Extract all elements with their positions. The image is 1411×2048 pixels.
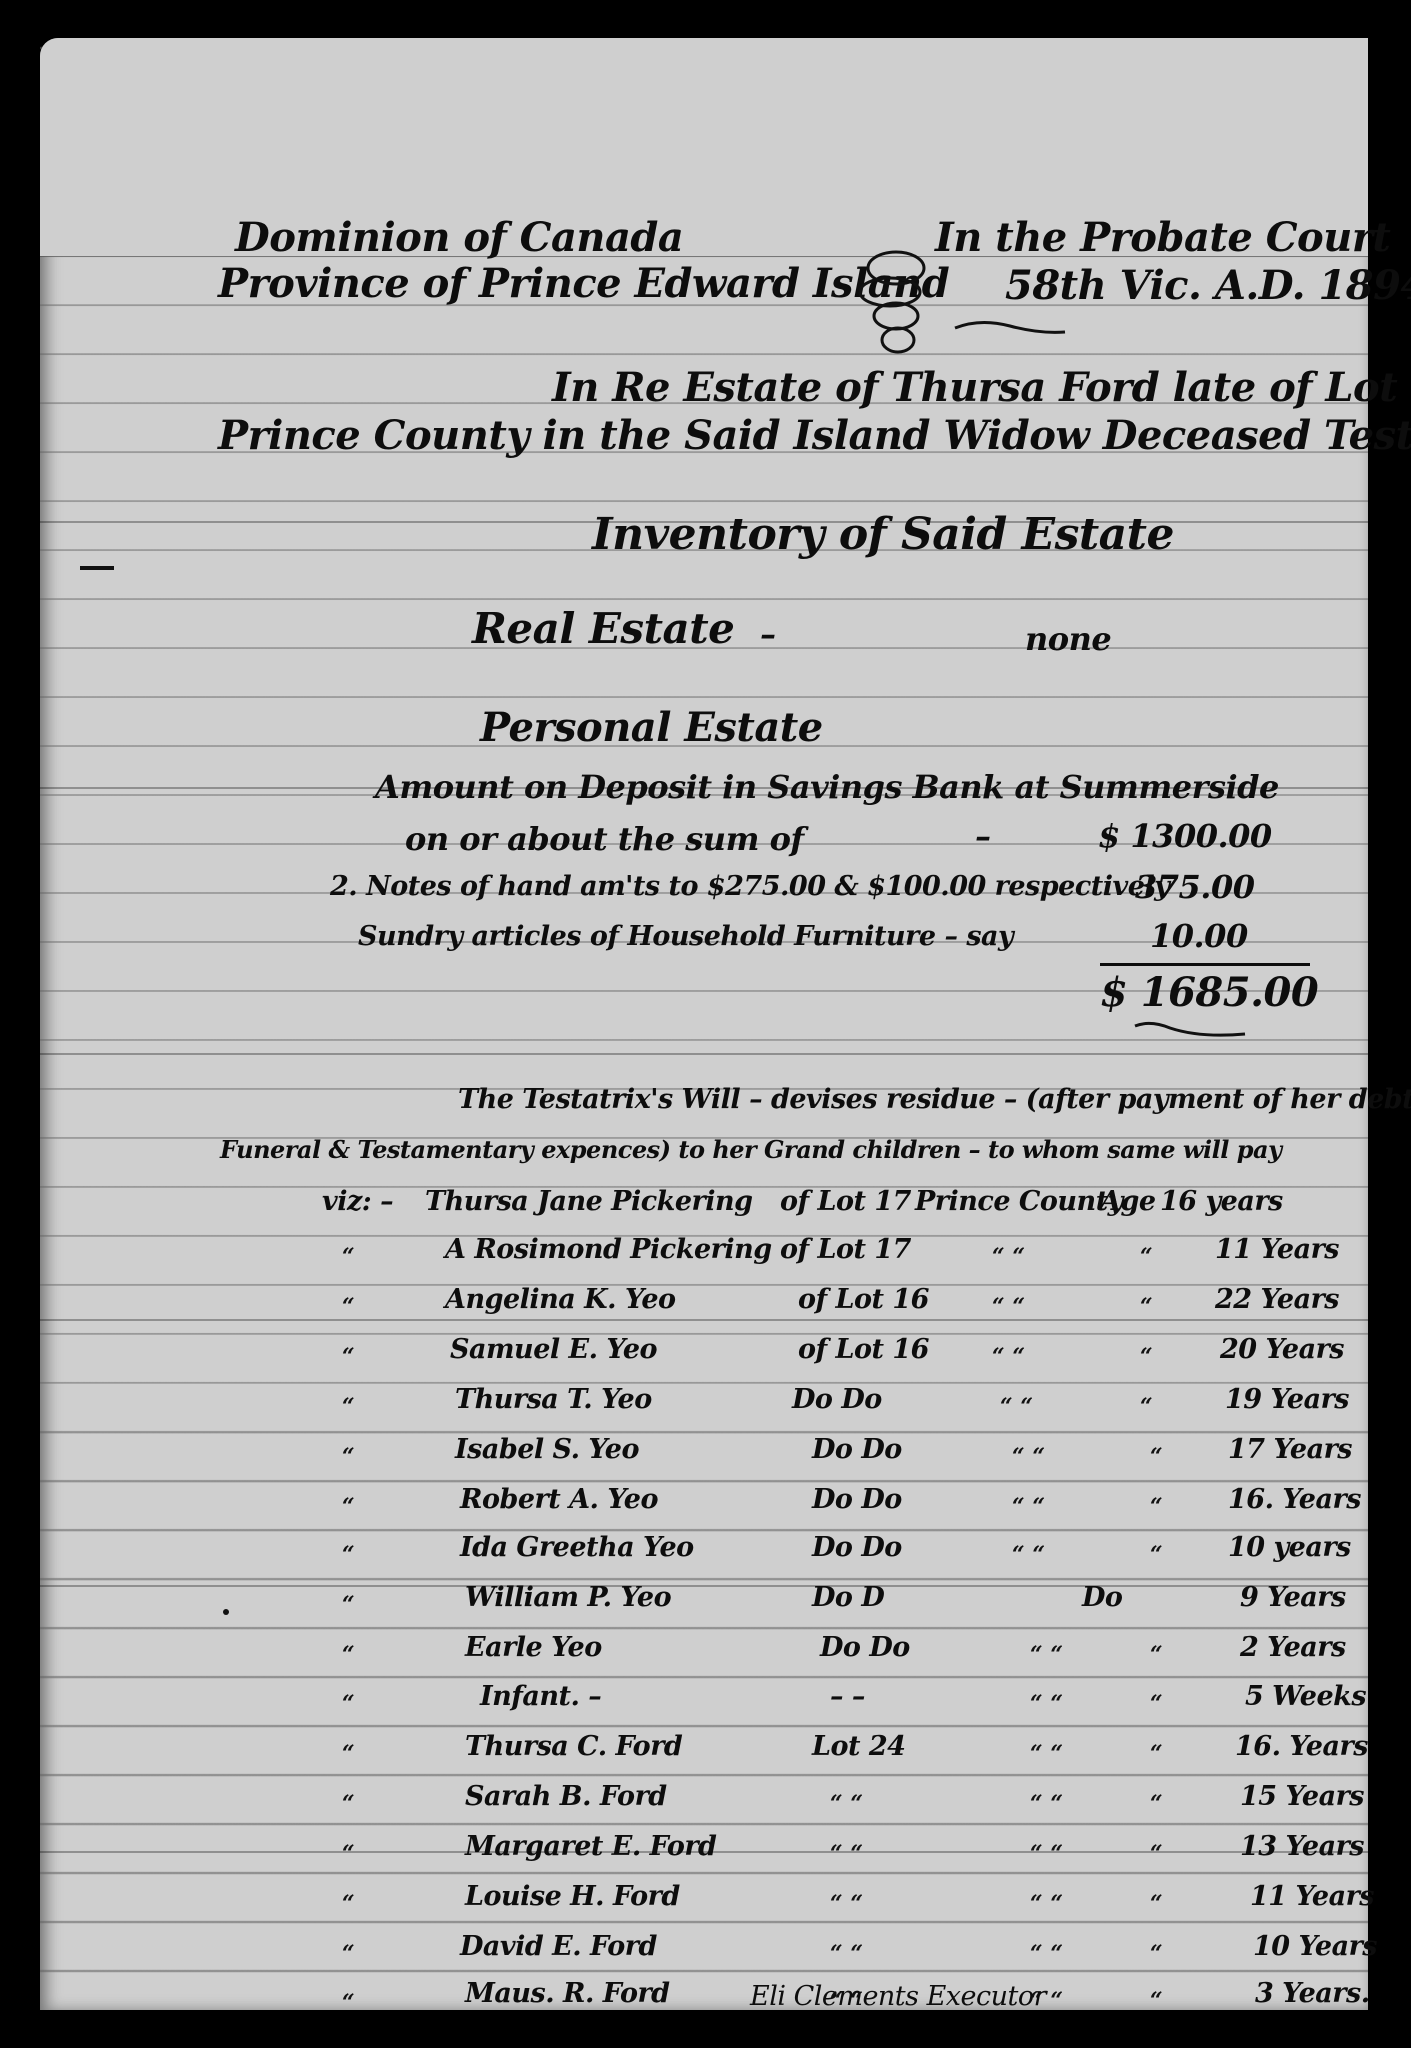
beneficiary-lot: Do Do <box>812 1486 902 1513</box>
beneficiary-row: “ Earle Yeo Do Do “ “ “ 2 Years <box>40 1632 1368 1680</box>
beneficiary-lot: Do Do <box>812 1436 902 1463</box>
ditto-mark: “ <box>342 1841 355 1867</box>
beneficiary-name: William P. Yeo <box>465 1584 671 1611</box>
beneficiary-lot: of Lot 16 <box>798 1286 929 1313</box>
beneficiary-lot: “ “ <box>830 1791 863 1817</box>
estate-title-line1: In Re Estate of Thursa Ford late of Lot … <box>552 368 1411 408</box>
beneficiary-county: “ “ <box>1030 1841 1063 1867</box>
beneficiary-row: “ Infant. – – – “ “ “ 5 Weeks <box>40 1681 1368 1729</box>
beneficiary-name: Maus. R. Ford <box>465 1980 670 2007</box>
total-underline-flourish-icon <box>1130 1020 1250 1042</box>
beneficiary-age-label: “ <box>1150 1941 1163 1967</box>
inventory-heading: Inventory of Said Estate <box>592 513 1174 557</box>
beneficiary-name: Earle Yeo <box>465 1634 602 1661</box>
beneficiary-age: 16 years <box>1160 1188 1283 1215</box>
beneficiary-age: 15 Years <box>1240 1783 1364 1810</box>
beneficiary-lot: – – <box>830 1683 865 1710</box>
beneficiary-age-label: “ <box>1150 1988 1163 2014</box>
beneficiary-county: “ “ <box>1030 1642 1063 1668</box>
beneficiary-lot: Do D <box>812 1584 884 1611</box>
beneficiary-age: 2 Years <box>1240 1634 1346 1661</box>
beneficiary-age: 20 Years <box>1220 1336 1344 1363</box>
will-text-line2: Funeral & Testamentary expences) to her … <box>220 1138 1282 1162</box>
underline-flourish-icon <box>950 318 1070 338</box>
beneficiary-row: “ Louise H. Ford “ “ “ “ “ 11 Years <box>40 1881 1368 1929</box>
beneficiary-name: Angelina K. Yeo <box>445 1286 676 1313</box>
beneficiary-row: “ Sarah B. Ford “ “ “ “ “ 15 Years <box>40 1781 1368 1829</box>
beneficiary-name: Thursa T. Yeo <box>455 1386 652 1413</box>
ditto-mark: “ <box>342 1244 355 1270</box>
beneficiary-age-label: “ <box>1140 1294 1153 1320</box>
beneficiary-age: 16. Years <box>1228 1486 1361 1513</box>
beneficiary-age-label: “ <box>1150 1891 1163 1917</box>
beneficiary-county: “ “ <box>1030 1691 1063 1717</box>
beneficiary-age: 3 Years. <box>1255 1980 1370 2007</box>
real-estate-dash: – <box>760 618 776 650</box>
ditto-mark: “ <box>342 1294 355 1320</box>
beneficiary-name: Louise H. Ford <box>465 1883 680 1910</box>
ditto-mark: “ <box>342 1592 355 1618</box>
notes-line: 2. Notes of hand am'ts to $275.00 & $100… <box>330 873 1169 900</box>
header-dominion: Dominion of Canada <box>235 218 683 258</box>
beneficiary-lot: Do Do <box>820 1634 910 1661</box>
beneficiary-age-label: “ <box>1150 1444 1163 1470</box>
beneficiary-lot: Lot 24 <box>812 1733 905 1760</box>
ditto-mark: “ <box>342 1542 355 1568</box>
will-text-line1: The Testatrix's Will – devises residue –… <box>458 1086 1411 1113</box>
beneficiary-name: Sarah B. Ford <box>465 1783 667 1810</box>
beneficiary-age-label: “ <box>1150 1542 1163 1568</box>
beneficiary-row: “ Thursa C. Ford Lot 24 “ “ “ 16. Years <box>40 1731 1368 1779</box>
beneficiary-name: David E. Ford <box>460 1933 657 1960</box>
header-date: 58th Vic. A.D. 1894 <box>1005 266 1411 306</box>
beneficiary-name: Ida Greetha Yeo <box>460 1534 694 1561</box>
estate-title-line2: Prince County in the Said Island Widow D… <box>218 416 1411 456</box>
beneficiary-age-label: “ <box>1150 1841 1163 1867</box>
beneficiary-row: “ Angelina K. Yeo of Lot 16 “ “ “ 22 Yea… <box>40 1284 1368 1332</box>
deposit-line2: on or about the sum of <box>405 823 804 855</box>
beneficiary-county: “ “ <box>992 1244 1025 1270</box>
beneficiary-name: Margaret E. Ford <box>465 1833 716 1860</box>
ditto-mark: “ <box>342 1344 355 1370</box>
beneficiary-age: 19 Years <box>1225 1386 1349 1413</box>
beneficiary-lot: “ “ <box>830 1941 863 1967</box>
beneficiary-age-label: “ <box>1150 1642 1163 1668</box>
executor-signature: Eli Clements Executor <box>750 1983 1046 2010</box>
beneficiary-county: “ “ <box>1012 1542 1045 1568</box>
ditto-mark: “ <box>342 1891 355 1917</box>
beneficiary-age: 17 Years <box>1228 1436 1352 1463</box>
beneficiary-lot: Do Do <box>812 1534 902 1561</box>
beneficiary-lot: “ “ <box>830 1841 863 1867</box>
beneficiary-name: A Rosimond Pickering <box>445 1236 772 1263</box>
ink-dot <box>223 1609 229 1615</box>
scroll-brace-icon <box>858 250 928 356</box>
beneficiary-name: Isabel S. Yeo <box>455 1436 639 1463</box>
beneficiary-row: “ Thursa T. Yeo Do Do “ “ “ 19 Years <box>40 1384 1368 1432</box>
beneficiary-county: “ “ <box>1012 1444 1045 1470</box>
document-page: Dominion of Canada Province of Prince Ed… <box>40 38 1368 2010</box>
beneficiary-lot: “ “ <box>830 1891 863 1917</box>
beneficiary-age-label: “ <box>1150 1741 1163 1767</box>
beneficiary-row: “ Margaret E. Ford “ “ “ “ “ 13 Years <box>40 1831 1368 1879</box>
beneficiary-name: Thursa Jane Pickering <box>425 1188 753 1215</box>
ditto-mark: “ <box>342 1444 355 1470</box>
beneficiary-county: “ “ <box>1012 1494 1045 1520</box>
real-estate-label: Real Estate <box>472 608 734 650</box>
beneficiary-county: “ “ <box>1030 1791 1063 1817</box>
beneficiary-age-label: “ <box>1140 1244 1153 1270</box>
beneficiary-row: “ Robert A. Yeo Do Do “ “ “ 16. Years <box>40 1484 1368 1532</box>
personal-estate-label: Personal Estate <box>480 708 823 748</box>
beneficiary-row: “ William P. Yeo Do D Do 9 Years <box>40 1582 1368 1630</box>
beneficiary-age-label: “ <box>1150 1791 1163 1817</box>
beneficiary-county: “ “ <box>1030 1741 1063 1767</box>
beneficiary-age-label: “ <box>1150 1494 1163 1520</box>
beneficiary-lot: Do Do <box>792 1386 882 1413</box>
beneficiary-lot: of Lot 16 <box>798 1336 929 1363</box>
beneficiary-name: Robert A. Yeo <box>460 1486 658 1513</box>
header-province: Province of Prince Edward Island <box>218 264 949 304</box>
beneficiary-age: 16. Years <box>1235 1733 1368 1760</box>
ditto-mark: “ <box>342 1691 355 1717</box>
beneficiary-name: Samuel E. Yeo <box>450 1336 657 1363</box>
beneficiary-age-label: “ <box>1140 1344 1153 1370</box>
beneficiary-age-label: “ <box>1140 1394 1153 1420</box>
beneficiary-name: Thursa C. Ford <box>465 1733 682 1760</box>
total-rule <box>1100 963 1310 966</box>
deposit-line1: Amount on Deposit in Savings Bank at Sum… <box>375 771 1279 803</box>
furniture-amount: 10.00 <box>1150 920 1248 952</box>
beneficiary-row: “ Isabel S. Yeo Do Do “ “ “ 17 Years <box>40 1434 1368 1482</box>
beneficiary-lot: of Lot 17 <box>780 1188 911 1215</box>
ditto-mark: “ <box>342 1791 355 1817</box>
beneficiary-county: “ “ <box>1030 1941 1063 1967</box>
beneficiary-age-label: “ <box>1150 1691 1163 1717</box>
ditto-mark: “ <box>342 1642 355 1668</box>
notes-amount: 375.00 <box>1135 871 1254 903</box>
header-court: In the Probate Court <box>935 218 1390 258</box>
beneficiary-row: “ Ida Greetha Yeo Do Do “ “ “ 10 years <box>40 1532 1368 1580</box>
beneficiary-age: 22 Years <box>1215 1286 1339 1313</box>
beneficiary-age: 11 Years <box>1215 1236 1339 1263</box>
beneficiary-age: 10 years <box>1228 1534 1351 1561</box>
beneficiary-age: 5 Weeks <box>1245 1683 1366 1710</box>
beneficiary-age: 10 Years <box>1253 1933 1377 1960</box>
beneficiary-county: Prince County <box>915 1188 1123 1215</box>
ditto-mark: “ <box>342 1741 355 1767</box>
beneficiary-row: “ Maus. R. Ford “ “ “ “ “ 3 Years. <box>40 1980 1368 2028</box>
beneficiary-age: 13 Years <box>1240 1833 1364 1860</box>
ditto-mark: “ <box>342 1941 355 1967</box>
beneficiary-lot: of Lot 17 <box>780 1236 911 1263</box>
beneficiary-county: Do <box>1082 1584 1122 1611</box>
deposit-dash: – <box>975 820 991 852</box>
beneficiary-row: Thursa Jane Pickering of Lot 17 Prince C… <box>40 1186 1368 1234</box>
furniture-line: Sundry articles of Household Furniture –… <box>358 923 1013 950</box>
real-estate-value: none <box>1025 623 1111 655</box>
beneficiary-row: “ David E. Ford “ “ “ “ “ 10 Years <box>40 1931 1368 1979</box>
beneficiary-age-label: Age <box>1100 1188 1156 1215</box>
beneficiary-county: “ “ <box>992 1294 1025 1320</box>
total-amount: $ 1685.00 <box>1100 973 1318 1013</box>
deposit-amount: $ 1300.00 <box>1098 820 1272 852</box>
beneficiary-row: “ Samuel E. Yeo of Lot 16 “ “ “ 20 Years <box>40 1334 1368 1382</box>
beneficiary-age: 9 Years <box>1240 1584 1346 1611</box>
beneficiary-name: Infant. – <box>480 1683 601 1710</box>
margin-tick <box>80 566 114 570</box>
beneficiary-row: “ A Rosimond Pickering of Lot 17 “ “ “ 1… <box>40 1234 1368 1282</box>
beneficiary-age: 11 Years <box>1250 1883 1374 1910</box>
beneficiary-county: “ “ <box>1000 1394 1033 1420</box>
ditto-mark: “ <box>342 1394 355 1420</box>
ditto-mark: “ <box>342 1990 355 2016</box>
ditto-mark: “ <box>342 1494 355 1520</box>
beneficiary-county: “ “ <box>1030 1891 1063 1917</box>
beneficiary-county: “ “ <box>992 1344 1025 1370</box>
